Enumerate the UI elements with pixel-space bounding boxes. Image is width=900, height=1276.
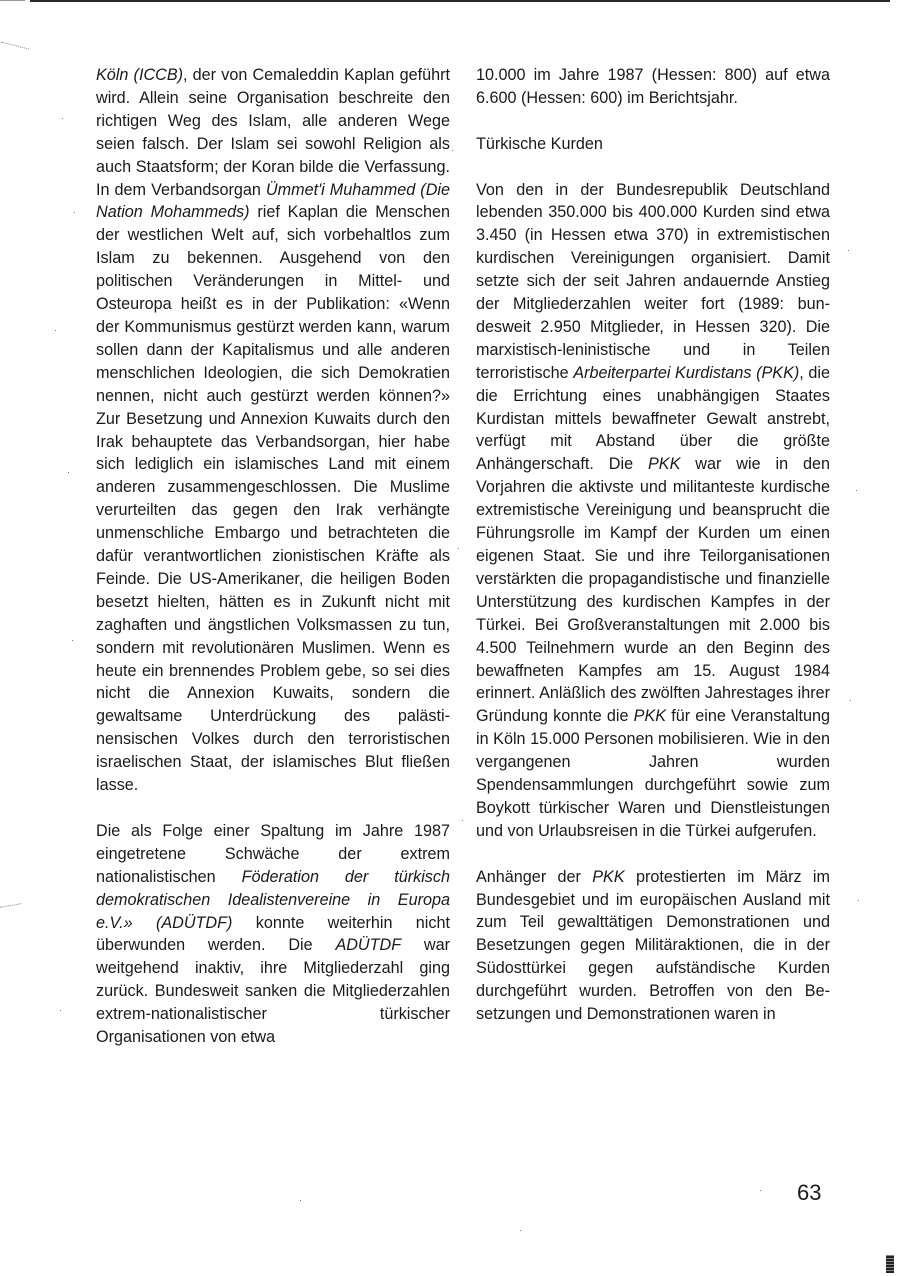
- scan-speck: [858, 900, 859, 901]
- paragraph-text: , der von Cemaleddin Kaplan geführt wird…: [96, 66, 450, 199]
- paragraph-adutdf: Die als Folge einer Spaltung im Jahre 19…: [96, 820, 450, 1049]
- scan-speck: [850, 700, 851, 701]
- scan-speck: [848, 250, 849, 251]
- paragraph-text: Von den in der Bundesrepublik Deutsch­la…: [476, 181, 830, 382]
- paragraph-text: rief Kaplan die Menschen der westlichen …: [96, 203, 450, 794]
- paragraph-text: 10.000 im Jahre 1987 (Hessen: 800) auf e…: [476, 66, 830, 107]
- scan-speck: [760, 1190, 761, 1191]
- org-abbrev-italic: PKK: [648, 455, 680, 473]
- paragraph-text: war wie in den Vorjahren die aktivste un…: [476, 455, 830, 725]
- paragraph-text: Anhänger der: [476, 868, 592, 886]
- scan-speck: [60, 1010, 61, 1011]
- paragraph-continuation: 10.000 im Jahre 1987 (Hessen: 800) auf e…: [476, 64, 830, 110]
- scan-registration-mark: [886, 1255, 894, 1273]
- scan-speck: [856, 490, 857, 491]
- scan-speck: [520, 1230, 521, 1231]
- section-heading: Türkische Kurden: [476, 133, 830, 156]
- scan-edge-mark: [0, 0, 25, 1]
- scan-speck: [62, 118, 63, 119]
- paragraph-kurden: Von den in der Bundesrepublik Deutsch­la…: [476, 179, 830, 843]
- scan-speck: [462, 820, 463, 821]
- scan-speck: [300, 1200, 301, 1201]
- left-column: Köln (ICCB), der von Cemaleddin Kaplan g…: [96, 64, 450, 1049]
- org-name-italic: Köln (ICCB): [96, 66, 183, 84]
- scan-speck: [72, 640, 73, 641]
- scan-speck: [74, 212, 75, 213]
- scan-speck: [68, 472, 69, 473]
- paragraph-iccb: Köln (ICCB), der von Cemaleddin Kaplan g…: [96, 64, 450, 797]
- scan-speck: [55, 330, 56, 331]
- paragraph-text: für eine Veranstaltung in Köln 15.000 Pe…: [476, 707, 830, 840]
- scan-speck: [458, 548, 459, 549]
- margin-scan-artifact: [0, 903, 23, 916]
- paragraph-text: protestierten im März im Bundesgebiet un…: [476, 868, 830, 1023]
- scan-speck: [452, 150, 453, 151]
- org-abbrev-italic: PKK: [634, 707, 666, 725]
- org-name-italic: Arbeiterpartei Kurdistans (PKK): [573, 364, 799, 382]
- margin-scan-artifact: [0, 42, 29, 59]
- page-number: 63: [797, 1180, 821, 1206]
- org-abbrev-italic: PKK: [592, 868, 624, 886]
- right-column: 10.000 im Jahre 1987 (Hessen: 800) auf e…: [476, 64, 830, 1026]
- paragraph-pkk-protests: Anhänger der PKK protestierten im März i…: [476, 866, 830, 1026]
- top-rule: [30, 0, 890, 2]
- org-abbrev-italic: ADÜTDF: [335, 936, 401, 954]
